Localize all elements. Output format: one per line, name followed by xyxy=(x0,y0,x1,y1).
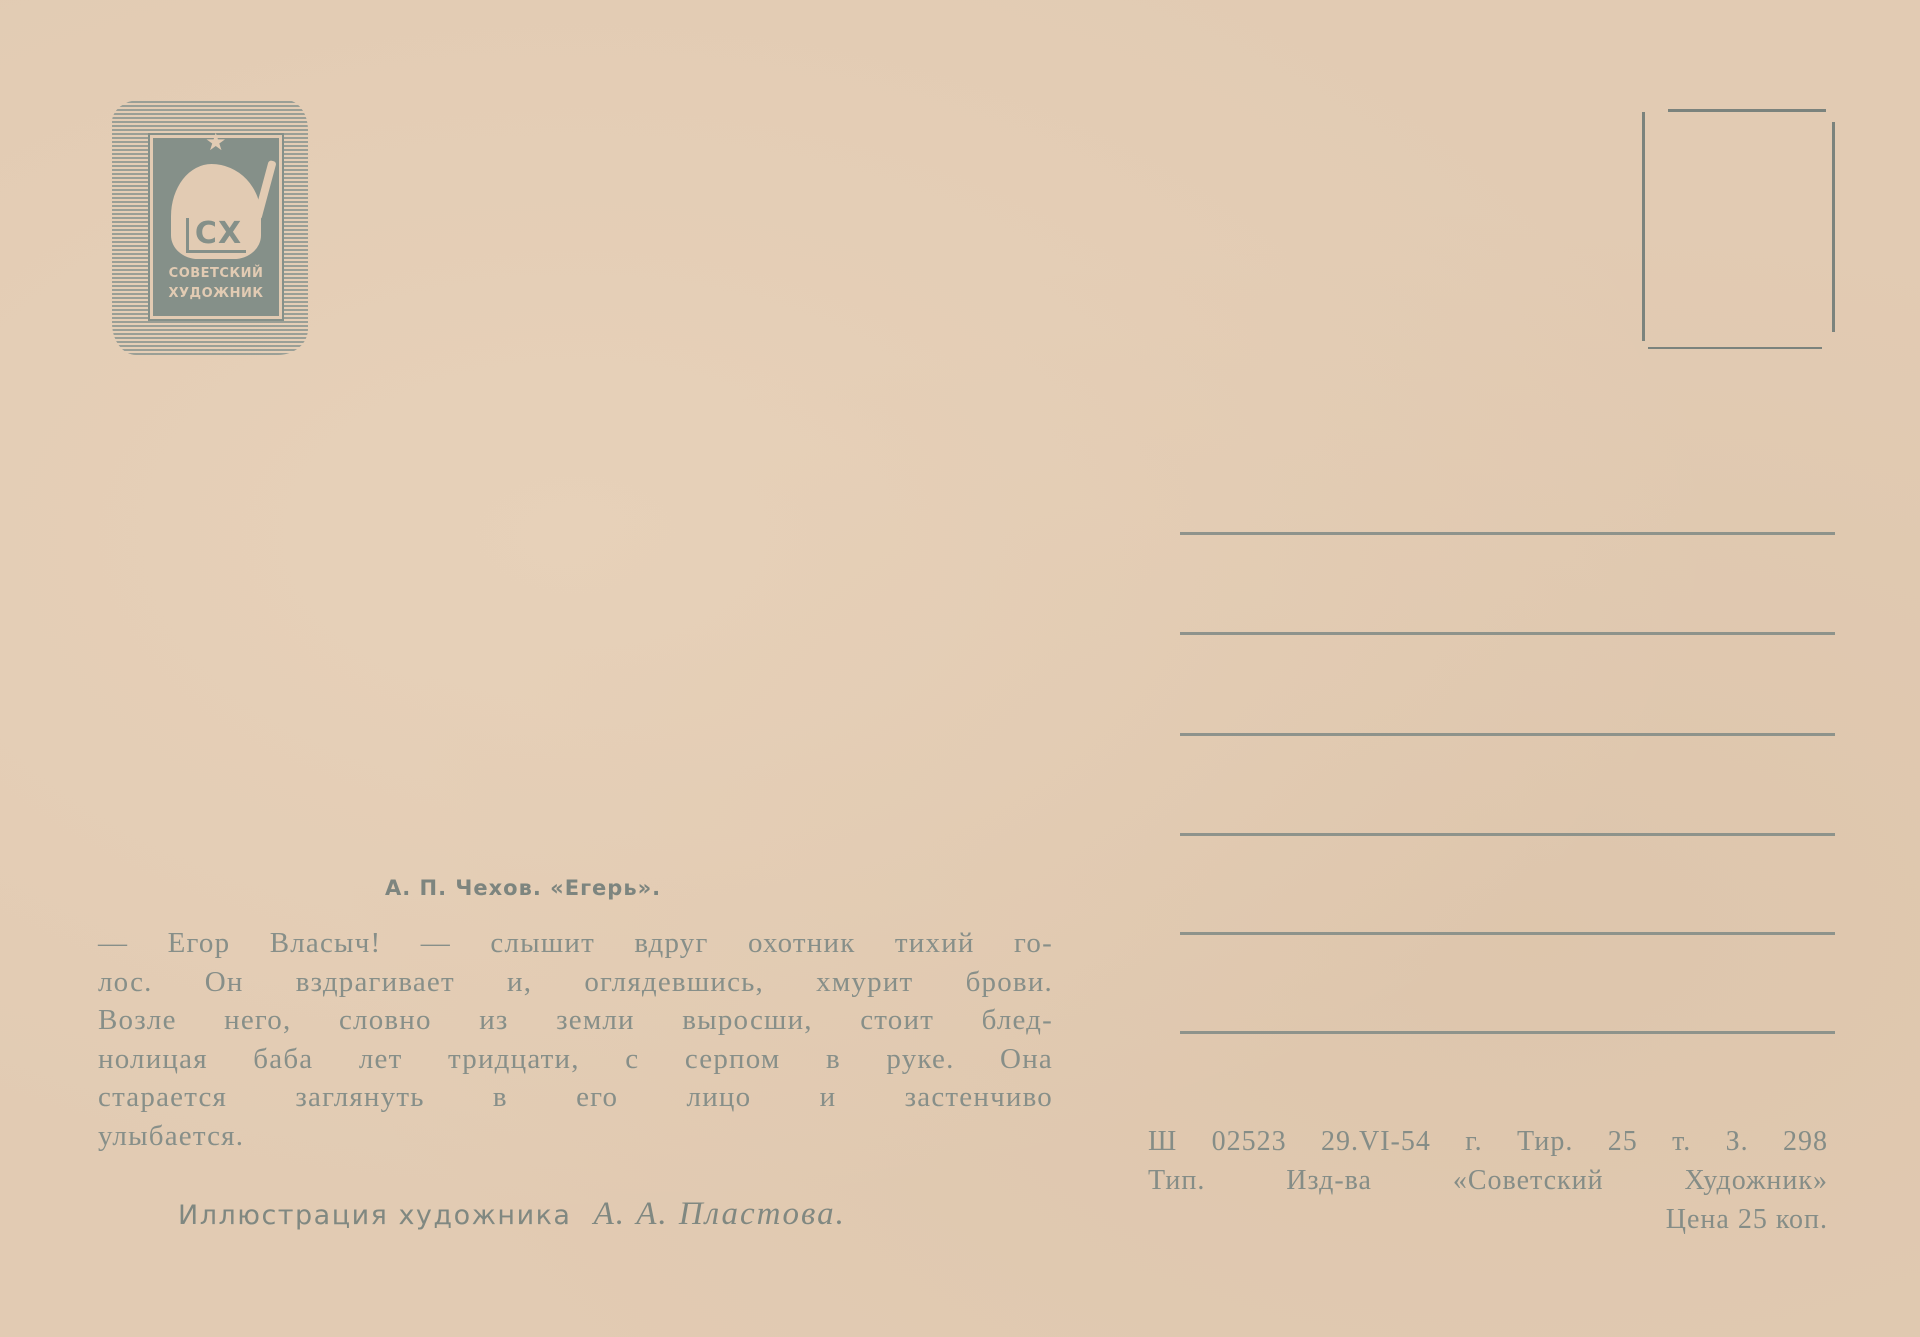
quote-line: лос. Он вздрагивает и, оглядевшись, хмур… xyxy=(98,963,1053,1002)
imprint-order-line: Ш 02523 29.VI-54 г. Тир. 25 т. З. 298 xyxy=(1148,1122,1828,1161)
stamp-box-top xyxy=(1668,109,1826,112)
logo-panel: ★ СХ СОВЕТСКИЙ ХУДОЖНИК xyxy=(150,135,282,319)
paintbrush-icon xyxy=(253,160,276,220)
illustrator-credit: Иллюстрация художника А. А. Пластова. xyxy=(178,1196,846,1233)
quote-line: улыбается. xyxy=(98,1117,1053,1156)
caption-quote: — Егор Власыч! — слышит вдруг охотник ти… xyxy=(98,924,1053,1155)
postcard-back: ★ СХ СОВЕТСКИЙ ХУДОЖНИК А. П. Чехов. «Ег… xyxy=(0,0,1920,1337)
address-line xyxy=(1180,632,1835,635)
stamp-box-right xyxy=(1832,122,1835,332)
publisher-imprint: Ш 02523 29.VI-54 г. Тир. 25 т. З. 298 Ти… xyxy=(1148,1122,1828,1239)
quote-line: старается заглянуть в его лицо и застенч… xyxy=(98,1078,1053,1117)
address-line xyxy=(1180,1031,1835,1034)
imprint-printer-line: Тип. Изд-ва «Советский Художник» xyxy=(1148,1161,1828,1200)
caption-title: А. П. Чехов. «Егерь». xyxy=(385,876,661,900)
credit-prefix: Иллюстрация художника xyxy=(178,1200,571,1231)
quote-line: нолицая баба лет тридцати, с серпом в ру… xyxy=(98,1040,1053,1079)
address-line xyxy=(1180,932,1835,935)
quote-line: — Егор Власыч! — слышит вдруг охотник ти… xyxy=(98,924,1053,963)
logo-text-line1: СОВЕТСКИЙ xyxy=(153,266,279,281)
address-line xyxy=(1180,733,1835,736)
publisher-logo: ★ СХ СОВЕТСКИЙ ХУДОЖНИК xyxy=(112,100,308,355)
stamp-box-bottom xyxy=(1648,347,1822,349)
star-icon: ★ xyxy=(205,130,227,154)
logo-monogram: СХ xyxy=(153,216,279,253)
quote-line: Возле него, словно из земли выросши, сто… xyxy=(98,1001,1053,1040)
stamp-box-left xyxy=(1642,112,1645,341)
imprint-price-line: Цена 25 коп. xyxy=(1148,1200,1828,1239)
illustrator-name: А. А. Пластова. xyxy=(594,1196,846,1232)
address-line xyxy=(1180,833,1835,836)
address-line xyxy=(1180,532,1835,535)
logo-text-line2: ХУДОЖНИК xyxy=(153,286,279,301)
